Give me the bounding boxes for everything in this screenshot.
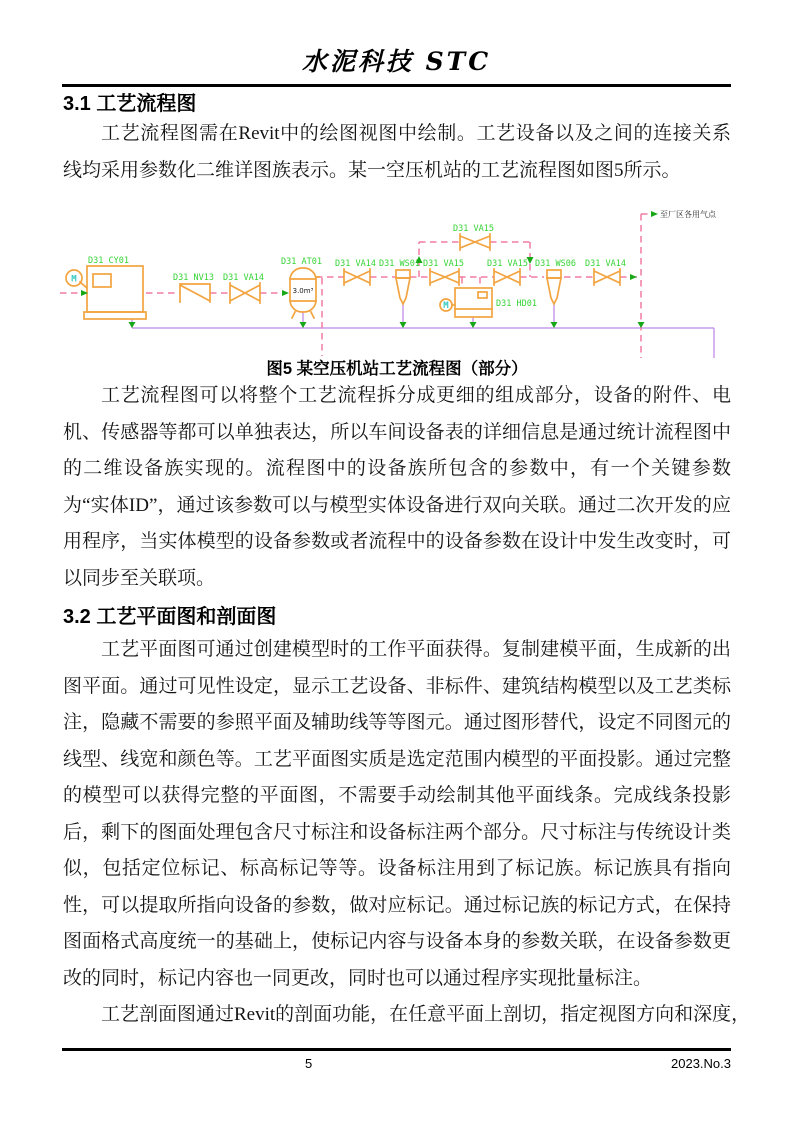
motor-link xyxy=(80,282,87,288)
drain-pipe xyxy=(132,304,714,358)
compressor-unit: M D31 CY01 xyxy=(66,256,146,319)
valve-a-label: D31 VA15 xyxy=(423,259,464,269)
separator-2-label: D31 WS06 xyxy=(535,259,576,269)
paragraph-block-3: 工艺平面图可通过创建模型时的工作平面获得。复制建模平面，生成新的出图平面。通过可… xyxy=(63,632,731,1034)
check-valve: D31 NV13 xyxy=(173,273,214,302)
end-valve-label: D31 VA14 xyxy=(585,259,626,269)
section-heading-3-1: 3.1 工艺流程图 xyxy=(63,87,731,116)
outlet-valve-label: D31 VA14 xyxy=(335,259,376,269)
compressor-panel xyxy=(93,274,111,287)
footer-rule xyxy=(62,1048,731,1051)
paragraph-3-1-detail: 工艺流程图可以将整个工艺流程拆分成更细的组成部分，设备的附件、电机、传感器等都可… xyxy=(63,378,731,597)
separator-1-label: D31 WS01 xyxy=(379,259,420,269)
valve-b: D31 VA15 xyxy=(487,259,528,285)
compressor-base xyxy=(84,312,146,319)
paragraph-3-2-plan: 工艺平面图可通过创建模型时的工作平面获得。复制建模平面，生成新的出图平面。通过可… xyxy=(63,632,731,997)
dryer-motor-letter: M xyxy=(443,301,449,311)
compressor-body xyxy=(87,266,143,312)
inlet-valve-label: D31 VA14 xyxy=(223,273,264,283)
air-tank: 3.0m³ D31 AT01 xyxy=(281,257,322,318)
dryer-unit: M D31 HD01 xyxy=(440,288,537,317)
journal-title: 水泥科技 STC xyxy=(0,42,793,78)
air-tank-label: D31 AT01 xyxy=(281,257,322,267)
valve-b-label: D31 VA15 xyxy=(487,259,528,269)
outlet-valve: D31 VA14 xyxy=(335,259,376,285)
valve-a: D31 VA15 xyxy=(423,259,464,285)
end-valve: D31 VA14 xyxy=(585,259,626,285)
compressor-label: D31 CY01 xyxy=(88,256,129,266)
bypass-valve-label: D31 VA15 xyxy=(453,224,494,234)
process-flow-diagram: M D31 CY01 D31 NV13 D31 VA14 3.0m³ D31 A… xyxy=(57,200,737,358)
check-valve-label: D31 NV13 xyxy=(173,273,214,283)
separator-1: D31 WS01 xyxy=(379,259,420,304)
process-pipe xyxy=(60,214,650,358)
figure-5: M D31 CY01 D31 NV13 D31 VA14 3.0m³ D31 A… xyxy=(57,200,737,358)
inlet-valve: D31 VA14 xyxy=(223,273,264,303)
figure-caption: 图5 某空压机站工艺流程图（部分） xyxy=(63,355,731,379)
motor-letter: M xyxy=(71,275,77,285)
paragraph-block-1: 工艺流程图需在Revit中的绘图视图中绘制。工艺设备以及之间的连接关系线均采用参… xyxy=(63,116,731,189)
separator-2: D31 WS06 xyxy=(535,259,576,304)
paragraph-3-1-intro: 工艺流程图需在Revit中的绘图视图中绘制。工艺设备以及之间的连接关系线均采用参… xyxy=(63,116,731,189)
tank-volume: 3.0m³ xyxy=(293,287,314,295)
bypass-valve: D31 VA15 xyxy=(453,224,494,250)
paragraph-3-2-section: 工艺剖面图通过Revit的剖面功能，在任意平面上剖切，指定视图方向和深度， xyxy=(63,997,731,1034)
dryer-label: D31 HD01 xyxy=(496,299,537,309)
destination-annotation: 至厂区各用气点 xyxy=(660,209,717,219)
issue-number: 2023.No.3 xyxy=(63,1056,731,1071)
section-heading-3-2: 3.2 工艺平面图和剖面图 xyxy=(63,600,731,629)
paragraph-block-2: 工艺流程图可以将整个工艺流程拆分成更细的组成部分，设备的附件、电机、传感器等都可… xyxy=(63,378,731,597)
